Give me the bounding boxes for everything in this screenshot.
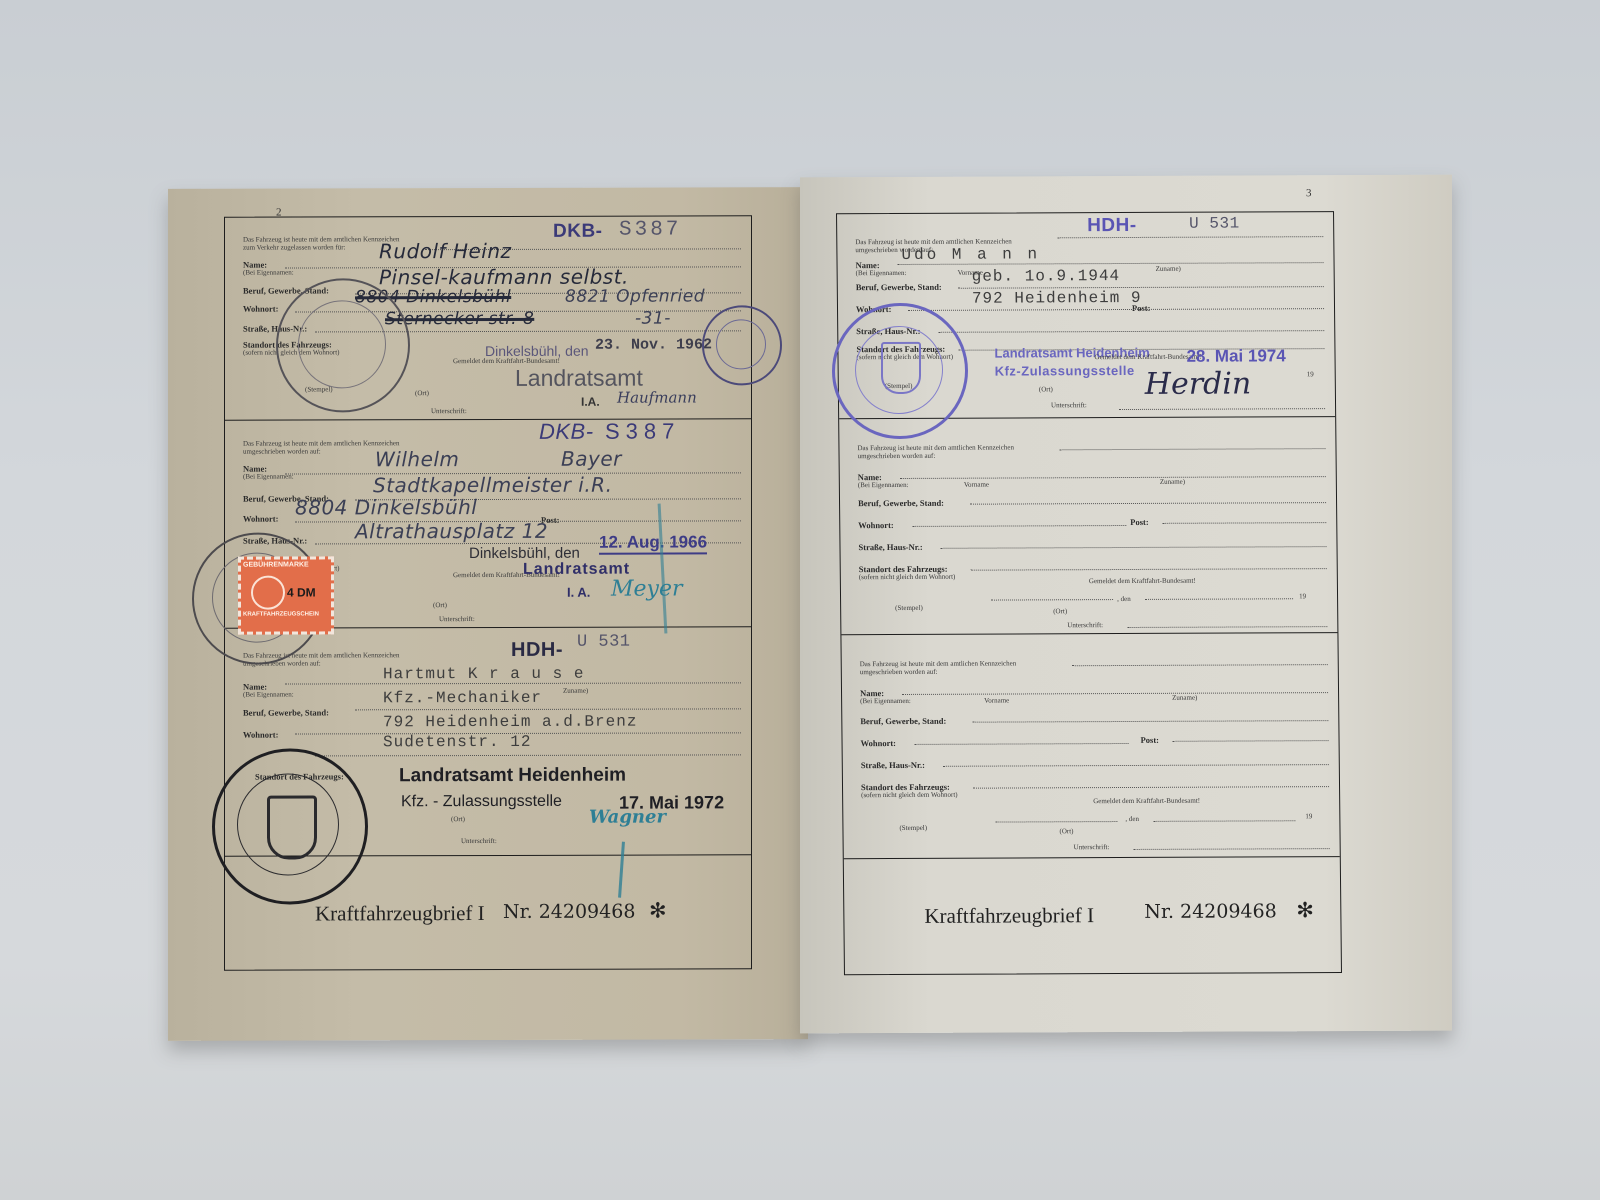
- street: Altrathausplatz 12: [355, 519, 548, 544]
- intro-text: Das Fahrzeug ist heute mit dem amtlichen…: [860, 659, 1017, 668]
- revenue-stamp-footer: KRAFTFAHRZEUGSCHEIN: [243, 611, 319, 617]
- intro-text: umgeschrieben worden auf:: [243, 447, 321, 455]
- residence: 8804 Dinkelsbühl: [295, 495, 477, 519]
- beruf-label: Beruf, Gewerbe, Stand:: [860, 716, 946, 726]
- unterschrift-label: Unterschrift:: [1067, 621, 1103, 629]
- signature-prefix: I.A.: [581, 395, 600, 409]
- vorname-label: Vorname: [964, 481, 989, 489]
- standort-hint: (sofern nicht gleich dem Wohnort): [859, 573, 956, 581]
- occupation: Pinsel-kaufmann selbst.: [379, 265, 629, 290]
- wohnort-label: Wohnort:: [243, 514, 278, 524]
- strasse-label: Straße, Haus-Nr.:: [861, 760, 925, 770]
- zuname-label: Zuname): [563, 687, 588, 695]
- registration-date: 12. Aug. 1966: [599, 532, 707, 554]
- plate-number: S387: [619, 218, 681, 241]
- registration-date: 23. Nov. 1962: [595, 336, 712, 353]
- unterschrift-label: Unterschrift:: [431, 407, 467, 415]
- gemeldet-note: Gemeldet dem Kraftfahrt-Bundesamt!: [1094, 353, 1201, 361]
- name-hint: (Bei Eigennamen:: [856, 269, 907, 277]
- left-page: 2 Das Fahrzeug ist heute mit dem amtlich…: [168, 187, 808, 1041]
- seal-dinkelsbuehl-1: [276, 278, 410, 412]
- name-hint: (Bei Eigennamen:: [858, 481, 909, 489]
- last-name: Bayer: [561, 447, 622, 471]
- beruf-label: Beruf, Gewerbe, Stand:: [243, 707, 329, 717]
- gemeldet-note: Gemeldet dem Kraftfahrt-Bundesamt!: [1089, 577, 1196, 585]
- office-stamp: Kfz-Zulassungsstelle: [995, 363, 1135, 379]
- revenue-stamp: GEBÜHRENMARKE 4 DM KRAFTFAHRZEUGSCHEIN: [238, 556, 334, 634]
- signature: Meyer: [611, 576, 683, 601]
- occupation: Kfz.-Mechaniker: [383, 689, 542, 707]
- residence: 792 Heidenheim a.d.Brenz: [383, 713, 637, 732]
- post-label: Post:: [1130, 517, 1149, 527]
- signature: Herdin: [1145, 366, 1252, 401]
- standort-hint: (sofern nicht gleich dem Wohnort): [861, 791, 958, 799]
- coat-of-arms-icon: [881, 342, 921, 394]
- intro-text: Das Fahrzeug ist heute mit dem amtlichen…: [857, 443, 1014, 452]
- beruf-label: Beruf, Gewerbe, Stand:: [856, 282, 942, 292]
- vorname-label: Vorname: [984, 697, 1009, 705]
- owner-name: Udo M a n n: [901, 245, 1040, 264]
- stempel-label: (Stempel): [895, 604, 923, 612]
- ort-label: (Ort): [1053, 607, 1067, 615]
- owner-name: Rudolf Heinz: [379, 239, 512, 263]
- registration-entry-5-blank: Das Fahrzeug ist heute mit dem amtlichen…: [839, 418, 1337, 635]
- coat-of-arms-icon: [267, 795, 317, 859]
- zuname-label: Zuname): [1160, 478, 1185, 486]
- wohnort-label: Wohnort:: [243, 304, 278, 314]
- intro-text: umgeschrieben worden auf:: [860, 668, 938, 676]
- plate-prefix: DKB-: [553, 221, 603, 243]
- new-residence: 8821 Opfenried: [565, 286, 705, 306]
- new-street: -31-: [635, 309, 671, 329]
- asterisk-icon: ✻: [1296, 898, 1314, 923]
- seal-heidenheim-left: [212, 748, 368, 904]
- den-label: , den: [1117, 595, 1131, 603]
- place-stamp: Dinkelsbühl, den: [469, 545, 580, 562]
- authority-stamp: Landratsamt Heidenheim: [399, 765, 626, 788]
- residence: 792 Heidenheim 9: [972, 289, 1142, 308]
- year-prefix: 19: [1307, 370, 1314, 378]
- plate-number: U 531: [577, 633, 631, 652]
- registration-date: 28. Mai 1974: [1186, 346, 1285, 366]
- seal-dinkelsbuehl-small: [702, 305, 782, 385]
- document-title: Kraftfahrzeugbrief I: [315, 901, 485, 926]
- plate-number: S387: [605, 418, 680, 444]
- gemeldet-note: Gemeldet dem Kraftfahrt-Bundesamt!: [1093, 797, 1200, 805]
- signature: Haufmann: [617, 388, 697, 406]
- eagle-icon: [251, 576, 285, 610]
- unterschrift-label: Unterschrift:: [1074, 843, 1110, 851]
- document-number: Nr. 24209468: [1144, 900, 1277, 923]
- signature: Wagner: [589, 807, 666, 828]
- owner-name: Hartmut K r a u s e: [383, 665, 584, 684]
- name-hint: (Bei Eigennamen:: [243, 691, 294, 699]
- gemeldet-note: Gemeldet dem Kraftfahrt-Bundesamt!: [453, 357, 560, 365]
- stempel-label: (Stempel): [899, 824, 927, 832]
- intro-text: Das Fahrzeug ist heute mit dem amtlichen…: [243, 235, 399, 243]
- name-hint: (Bei Eigennamen:: [243, 269, 294, 277]
- plate-prefix: HDH-: [511, 639, 563, 662]
- post-label: Post:: [1140, 735, 1159, 745]
- revenue-stamp-value: 4 DM: [287, 585, 316, 599]
- unterschrift-label: Unterschrift:: [1051, 401, 1087, 409]
- ort-label: (Ort): [433, 601, 447, 609]
- beruf-label: Beruf, Gewerbe, Stand:: [858, 498, 944, 508]
- first-name: Wilhelm: [375, 447, 459, 471]
- ort-label: (Ort): [1039, 385, 1053, 393]
- occupation: Stadtkapellmeister i.R.: [373, 473, 612, 498]
- document-title: Kraftfahrzeugbrief I: [924, 903, 1094, 929]
- unterschrift-label: Unterschrift:: [439, 615, 475, 623]
- den-label: , den: [1125, 815, 1139, 823]
- plate-prefix: HDH-: [1087, 215, 1137, 237]
- signature-prefix: I. A.: [567, 585, 590, 600]
- registration-entry-6-blank: Das Fahrzeug ist heute mit dem amtlichen…: [841, 634, 1339, 859]
- revenue-stamp-header: GEBÜHRENMARKE: [243, 561, 309, 568]
- document-footer: Kraftfahrzeugbrief I Nr. 24209468 ✻: [844, 858, 1341, 974]
- year-prefix: 19: [1305, 812, 1312, 820]
- page-number: 3: [1306, 187, 1312, 199]
- wohnort-label: Wohnort:: [243, 730, 278, 740]
- wohnort-label: Wohnort:: [861, 738, 897, 748]
- wohnort-label: Wohnort:: [858, 520, 894, 530]
- name-hint: (Bei Eigennamen:: [860, 697, 911, 705]
- intro-text: zum Verkehr zugelassen worden für:: [243, 243, 346, 251]
- strasse-label: Straße, Haus-Nr.:: [858, 542, 922, 552]
- office-stamp: Kfz. - Zulassungsstelle: [401, 793, 562, 811]
- asterisk-icon: ✻: [649, 899, 667, 924]
- year-prefix: 19: [1299, 592, 1306, 600]
- right-page: 3 Das Fahrzeug ist heute mit dem amtlich…: [800, 175, 1452, 1034]
- ort-label: (Ort): [415, 389, 429, 397]
- seal-heidenheim-right: [832, 303, 968, 440]
- occupation: geb. 1o.9.1944: [972, 267, 1121, 286]
- street: Sudetenstr. 12: [383, 733, 531, 751]
- document-number: Nr. 24209468: [503, 901, 635, 923]
- plate-number: U 531: [1189, 215, 1240, 233]
- ort-label: (Ort): [451, 815, 465, 823]
- zuname-label: Zuname): [1156, 265, 1181, 273]
- intro-text: umgeschrieben worden auf:: [858, 452, 936, 460]
- ort-label: (Ort): [1059, 827, 1073, 835]
- unterschrift-label: Unterschrift:: [461, 837, 497, 845]
- zuname-label: Zuname): [1172, 694, 1197, 702]
- plate-prefix: DKB-: [539, 419, 594, 445]
